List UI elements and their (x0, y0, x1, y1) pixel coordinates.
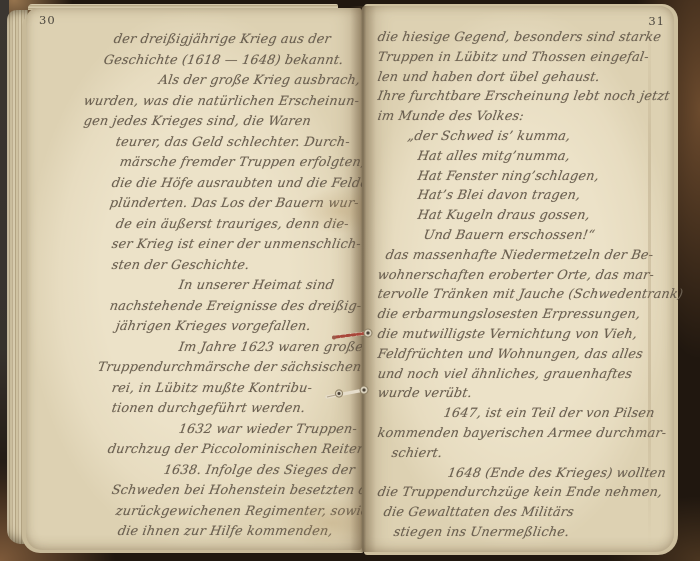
page-right-text: die hiesige Gegend, besonders sind stark… (376, 28, 666, 543)
manuscript-line: 1648 (Ende des Krieges) wollten (376, 464, 669, 484)
manuscript-line: Hat Kugeln draus gossen, (376, 206, 669, 226)
manuscript-line: der dreißigjährige Krieg aus der (82, 30, 361, 51)
manuscript-line: wurden, was die natürlichen Erscheinun- (82, 92, 361, 113)
manuscript-line: de ein äußerst trauriges, denn die- (82, 215, 361, 236)
page-left: 30 der dreißigjährige Krieg aus derGesch… (26, 8, 362, 550)
manuscript-line: im Munde des Volkes: (376, 107, 669, 127)
manuscript-line: Ihre furchtbare Erscheinung lebt noch je… (376, 87, 669, 107)
manuscript-line: len und haben dort übel gehaust. (376, 68, 669, 88)
manuscript-line: „der Schwed is’ kumma, (376, 127, 669, 147)
manuscript-line: 1632 war wieder Truppen- (82, 420, 361, 441)
manuscript-line: die Gewalttaten des Militärs (376, 503, 669, 523)
manuscript-line: Als der große Krieg ausbrach, (82, 71, 361, 92)
manuscript-line: Und Bauern erschossen!“ (376, 226, 669, 246)
manuscript-line: stiegen ins Unermeßliche. (376, 523, 669, 543)
manuscript-line: die die Höfe ausraubten und die Felder (82, 174, 361, 195)
manuscript-line: die Truppendurchzüge kein Ende nehmen, (376, 483, 669, 503)
manuscript-line: wohnerschaften eroberter Orte, das mar- (376, 266, 669, 286)
manuscript-line: und noch viel ähnliches, grauenhaftes (376, 365, 669, 385)
manuscript-line: teurer, das Geld schlechter. Durch- (82, 133, 361, 154)
manuscript-line: die erbarmungslosesten Erpressungen, (376, 305, 669, 325)
page-number-left: 30 (39, 13, 56, 27)
manuscript-line: sten der Geschichte. (82, 256, 361, 277)
manuscript-line: märsche fremder Truppen erfolgten, (82, 153, 361, 174)
manuscript-line: ser Krieg ist einer der unmenschlich- (82, 235, 361, 256)
page-left-text: der dreißigjährige Krieg aus derGeschich… (82, 30, 358, 543)
manuscript-line: Hat Fenster ning’schlagen, (376, 167, 669, 187)
manuscript-line: das massenhafte Niedermetzeln der Be- (376, 246, 669, 266)
manuscript-line: 1647, ist ein Teil der von Pilsen (376, 404, 669, 424)
manuscript-line: gen jedes Krieges sind, die Waren (82, 112, 361, 133)
manuscript-line: Hat’s Blei davon tragen, (376, 186, 669, 206)
manuscript-line: zurückgewichenen Regimenter, sowie (82, 502, 361, 523)
manuscript-line: wurde verübt. (376, 384, 669, 404)
manuscript-line: die hiesige Gegend, besonders sind stark… (376, 28, 669, 48)
manuscript-line: In unserer Heimat sind (82, 276, 361, 297)
manuscript-line: plünderten. Das Los der Bauern wur- (82, 194, 361, 215)
manuscript-line: tervolle Tränken mit Jauche (Schwedentra… (376, 285, 669, 305)
manuscript-line: nachstehende Ereignisse des dreißig- (82, 297, 361, 318)
manuscript-line: rei, in Lübitz mußte Kontribu- (82, 379, 361, 400)
manuscript-line: 1638. Infolge des Sieges der (82, 461, 361, 482)
manuscript-line: durchzug der Piccolominischen Reiterei. (82, 440, 361, 461)
book-photo: 30 der dreißigjährige Krieg aus derGesch… (0, 0, 700, 561)
manuscript-line: tionen durchgeführt werden. (82, 399, 361, 420)
manuscript-line: die ihnen zur Hilfe kommenden, (82, 522, 361, 543)
page-crease (648, 10, 651, 546)
manuscript-line: Feldfrüchten und Wohnungen, das alles (376, 345, 669, 365)
manuscript-line: Hat alles mitg’numma, (376, 147, 669, 167)
manuscript-line: Schweden bei Hohenstein besetzten die (82, 481, 361, 502)
manuscript-line: Truppen in Lübitz und Thossen eingefal- (376, 48, 669, 68)
manuscript-line: schiert. (376, 444, 669, 464)
manuscript-line: Truppendurchmärsche der sächsischen Reit… (82, 358, 361, 379)
manuscript-line: kommenden bayerischen Armee durchmar- (376, 424, 669, 444)
manuscript-line: Im Jahre 1623 waren große (82, 338, 361, 359)
manuscript-line: Geschichte (1618 — 1648) bekannt. (82, 51, 361, 72)
manuscript-line: die mutwilligste Vernichtung von Vieh, (376, 325, 669, 345)
page-right: 31 die hiesige Gegend, besonders sind st… (362, 6, 674, 552)
manuscript-line: jährigen Krieges vorgefallen. (82, 317, 361, 338)
